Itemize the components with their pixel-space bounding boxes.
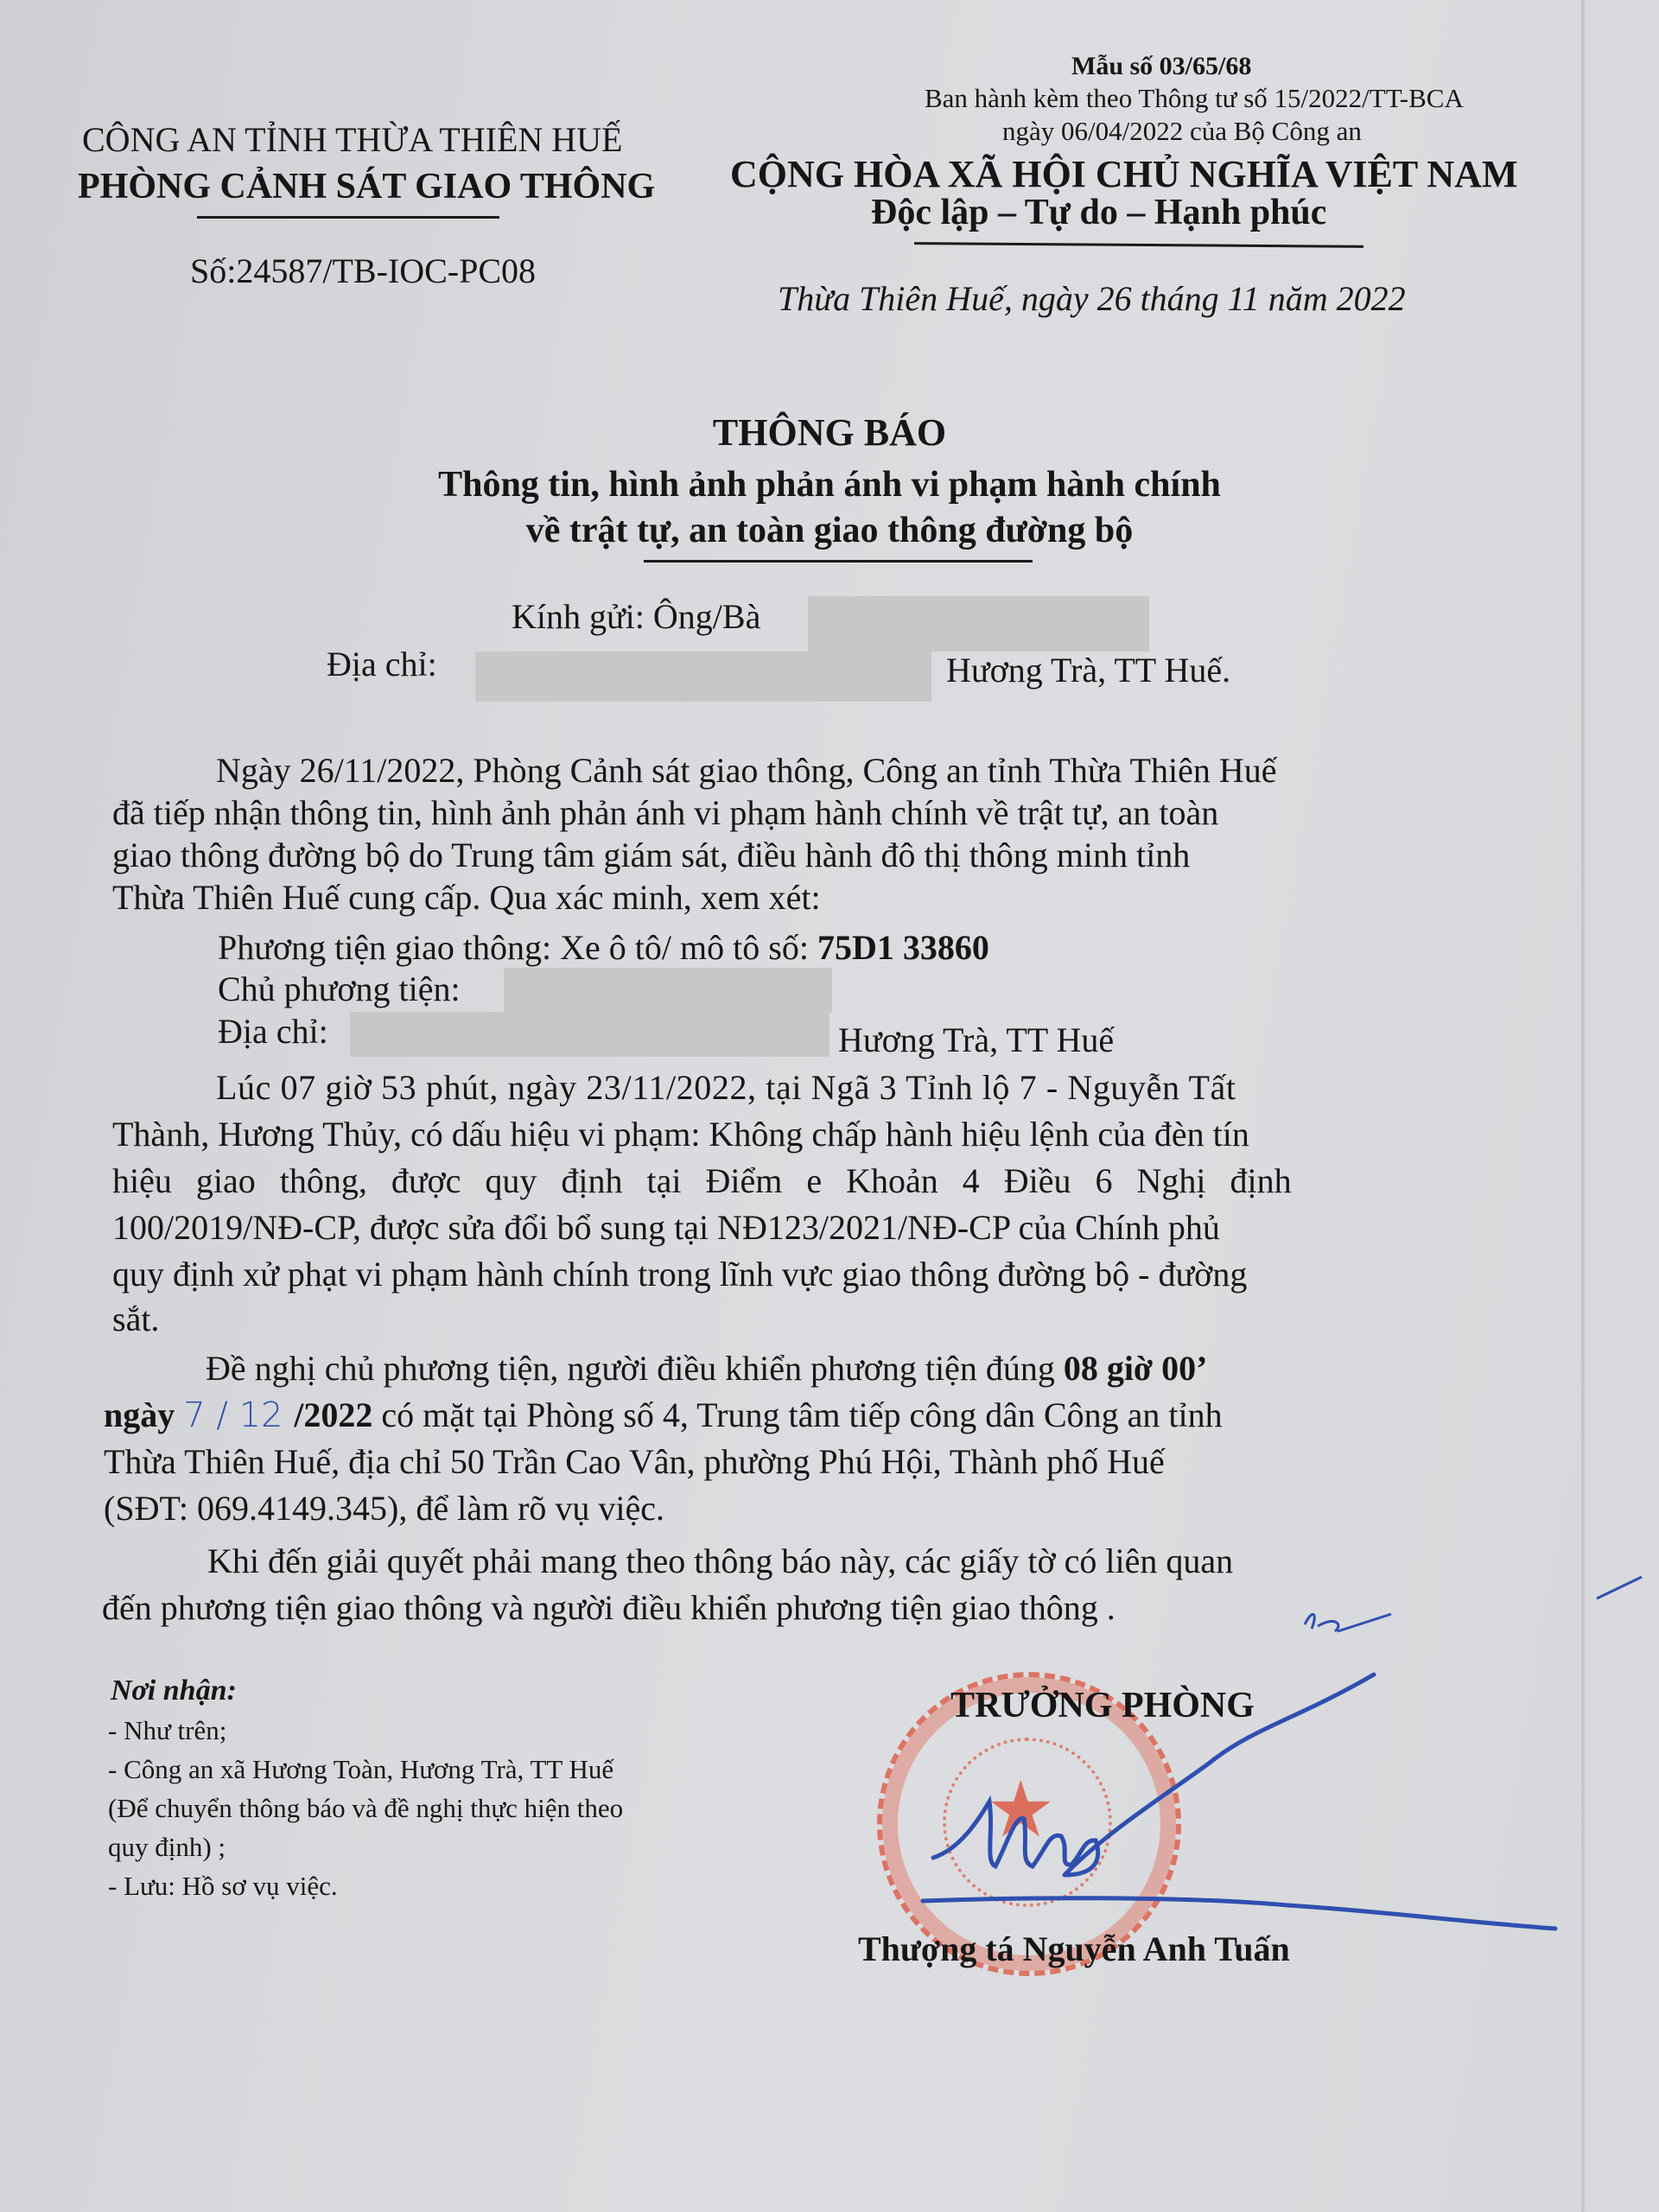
handwritten-signature [0,0,1659,2212]
